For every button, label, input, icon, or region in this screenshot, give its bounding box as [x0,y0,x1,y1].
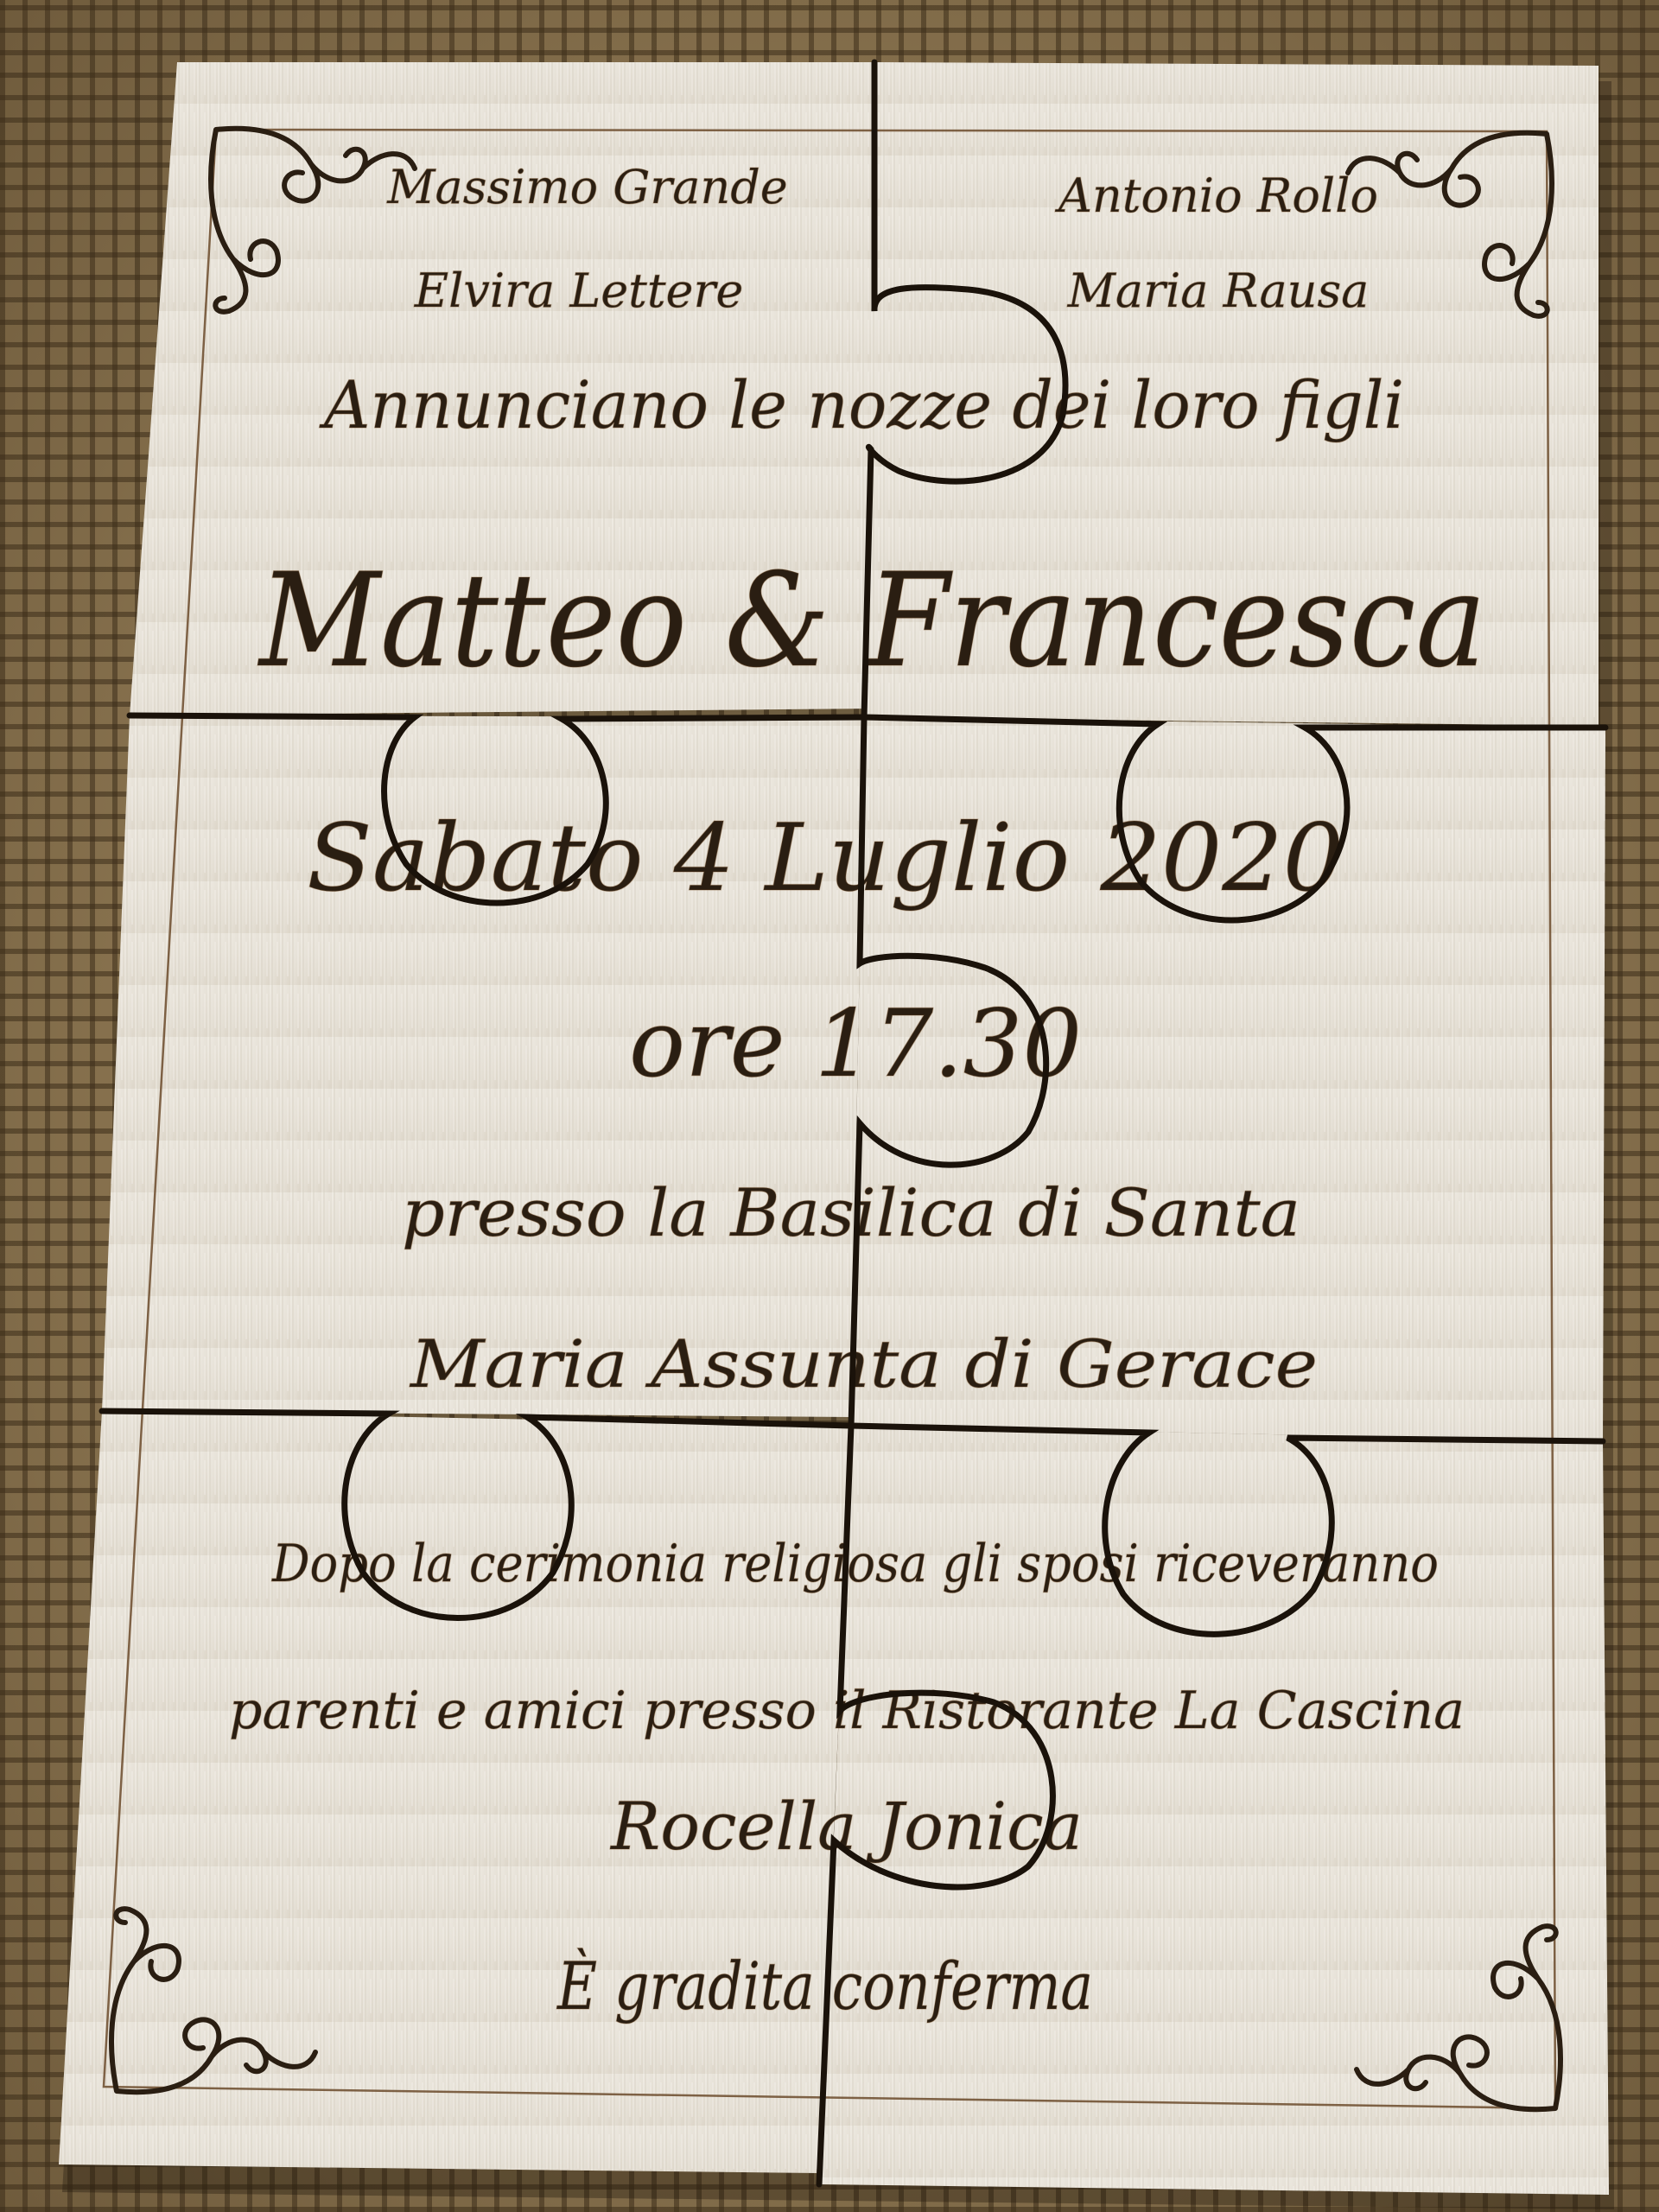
couple-names: Matteo & Francesca [257,546,1486,696]
venue-line-2: Maria Assunta di Gerace [409,1325,1318,1402]
parent-name: Massimo Grande [386,160,788,214]
parent-name: Maria Rausa [1067,264,1370,318]
wedding-time: ore 17.30 [629,990,1082,1098]
parent-name: Elvira Lettere [414,264,744,318]
venue-line-1: presso la Basilica di Santa [402,1174,1300,1251]
parent-name: Antonio Rollo [1054,168,1378,223]
reception-line-1: Dopo la cerimonia religiosa gli sposi ri… [271,1534,1439,1594]
reception-line-2: parenti e amici presso il Ristorante La … [229,1681,1465,1741]
announcement-text: Annunciano le nozze dei loro figli [319,366,1404,443]
puzzle-invitation: Massimo Grande Elvira Lettere Antonio Ro… [0,0,1659,2212]
photo-stage: Massimo Grande Elvira Lettere Antonio Ro… [0,0,1659,2212]
